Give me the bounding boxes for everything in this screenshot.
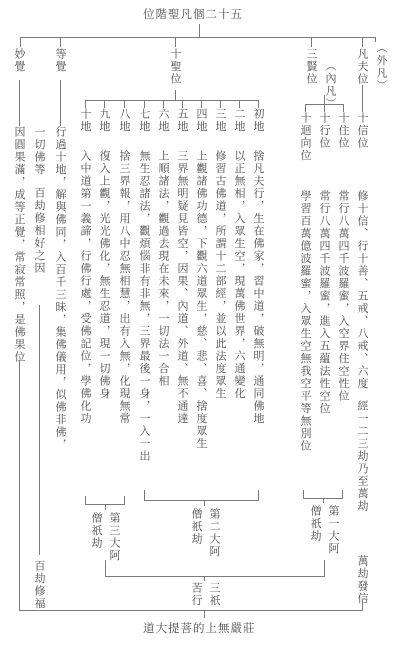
kalpa-first-a: 第一大阿 [327,505,339,555]
connector [362,37,363,47]
dengjue-sub: 一切佛等 [33,126,45,176]
ground-name: 十地 [79,108,91,133]
connector [19,80,20,126]
connector [175,90,176,100]
dengjue-text: 行過十地，解與佛同，入百千三昧，集佛儀用，似佛非佛， [54,126,66,451]
kalpa-third-a: 第三大阿 [108,512,120,562]
connector [144,490,145,500]
branch-fanfu: 凡夫位 [356,48,368,86]
connector [60,80,61,126]
connector [324,104,325,112]
ground-text: 三界無明疑見皆空，因果、內道、外道、無不通達 [176,150,188,425]
connector [204,576,205,581]
connector [85,496,86,504]
stage-name: 十行位 [318,112,330,150]
ground-text: 捨三界報，用八中忍無相慧，出有入無，化現無常 [118,150,130,425]
top-bar [20,37,375,38]
ground-text: 捨凡夫行，生在佛家，習中道，破無明，通同佛地 [252,150,264,425]
ground-name: 二地 [233,108,245,133]
stage-text: 常行八萬四千波羅蜜，入空界住空性位 [337,190,349,403]
connector [105,560,106,576]
connector [239,100,240,108]
branch-shengwei: 十聖位 [169,48,181,86]
bracket [105,576,325,577]
connector [124,496,125,504]
connector [220,100,221,108]
ground-text: 修習古佛道，所謂十二部經，並以此法度眾生 [214,150,226,400]
ground-text: 無生忍諸法，觀煩惱非有非無，三界最後一身，一入一出 [138,150,150,463]
ground-name: 三地 [214,108,226,133]
branch-miaojue: 妙覺 [13,48,25,73]
dengjue-kalpa: 百劫修福 [33,560,45,610]
connector [144,100,145,108]
ground-text: 復入上觀，光光佛化，無生忍道，現一切佛身 [98,150,110,400]
branch-sanxian: 三賢位 [305,48,317,86]
grounds-bar [85,100,258,101]
stage-text: 常行八萬四千波羅蜜，進入五蘊法性空位 [318,190,330,415]
connector [163,100,164,108]
connector [324,95,325,104]
connector [323,498,324,503]
fanfu-text: 修十信、行十善、五戒、八戒、六度 [356,190,368,390]
ground-name: 四地 [195,108,207,133]
ground-name: 五地 [176,108,188,133]
kalpa-first-b: 僧祇劫 [309,505,321,543]
ground-name: 九地 [98,108,110,133]
connector [305,104,306,112]
ground-text: 上觀諸佛功德，下觀六道眾生，慈、悲、喜、捨度眾生 [195,150,207,450]
fanfu-text3: 萬劫發信 [356,555,368,605]
diagram-footer: 道大提菩的上無嚴莊 [143,620,256,636]
connector [324,560,325,576]
connector [20,37,21,47]
ground-text: 以正無相，入眾生空，現萬佛世界，六通變化 [233,150,245,400]
connector [343,104,344,112]
connector [303,490,304,498]
connector [182,100,183,108]
kalpa-third-b: 僧祇劫 [90,512,102,550]
connector [204,610,205,618]
branch-neifan: （內凡） [324,60,336,110]
ground-text: 上順諸法，觀過去現在未來，一切法一合相 [157,150,169,388]
connector [258,490,259,500]
connector [199,24,200,37]
branch-dengjue: 等覺 [54,48,66,73]
stage-text: 學習百萬億波羅蜜，入眾生空無我空平等無別位 [299,190,311,453]
connector [204,500,205,506]
connector [362,85,363,112]
branch-waifan: （外凡） [375,42,387,92]
connector [60,37,61,47]
connector [362,600,363,610]
connector [175,37,176,47]
connector [104,100,105,108]
stage-name: 十住位 [337,112,349,150]
connector [19,360,20,610]
fanfu-name: 十信位 [356,112,368,150]
connector [39,305,40,555]
kalpa-three-a: 三祇 [208,582,220,607]
kalpa-three-b: 苦行 [190,582,202,607]
connector [311,37,312,47]
connector [201,100,202,108]
connector [124,100,125,108]
bracket [144,500,259,501]
connector [342,490,343,498]
kalpa-second-a: 第二大阿 [208,508,220,558]
diagram-title: 位階聖凡個二十五 [143,6,243,22]
ground-name: 初地 [252,108,264,133]
ground-name: 八地 [118,108,130,133]
connector [105,504,106,510]
bottom-bar [19,610,363,611]
stage-name: 十迴向位 [299,112,311,162]
fanfu-text2: 經一二三劫乃至萬劫 [356,400,368,513]
connector [85,100,86,108]
connector [258,100,259,108]
ground-name: 七地 [138,108,150,133]
dengjue-sub2: 百劫修相好之因 [33,187,45,275]
kalpa-second-b: 僧祇劫 [190,508,202,546]
ground-text: 入中道第一義諦，行佛行處，受佛記位，學佛化功 [79,150,91,425]
ground-name: 六地 [157,108,169,133]
miaojue-text: 因圓果滿，成等正覺，常寂常照，是佛果位 [13,126,25,364]
